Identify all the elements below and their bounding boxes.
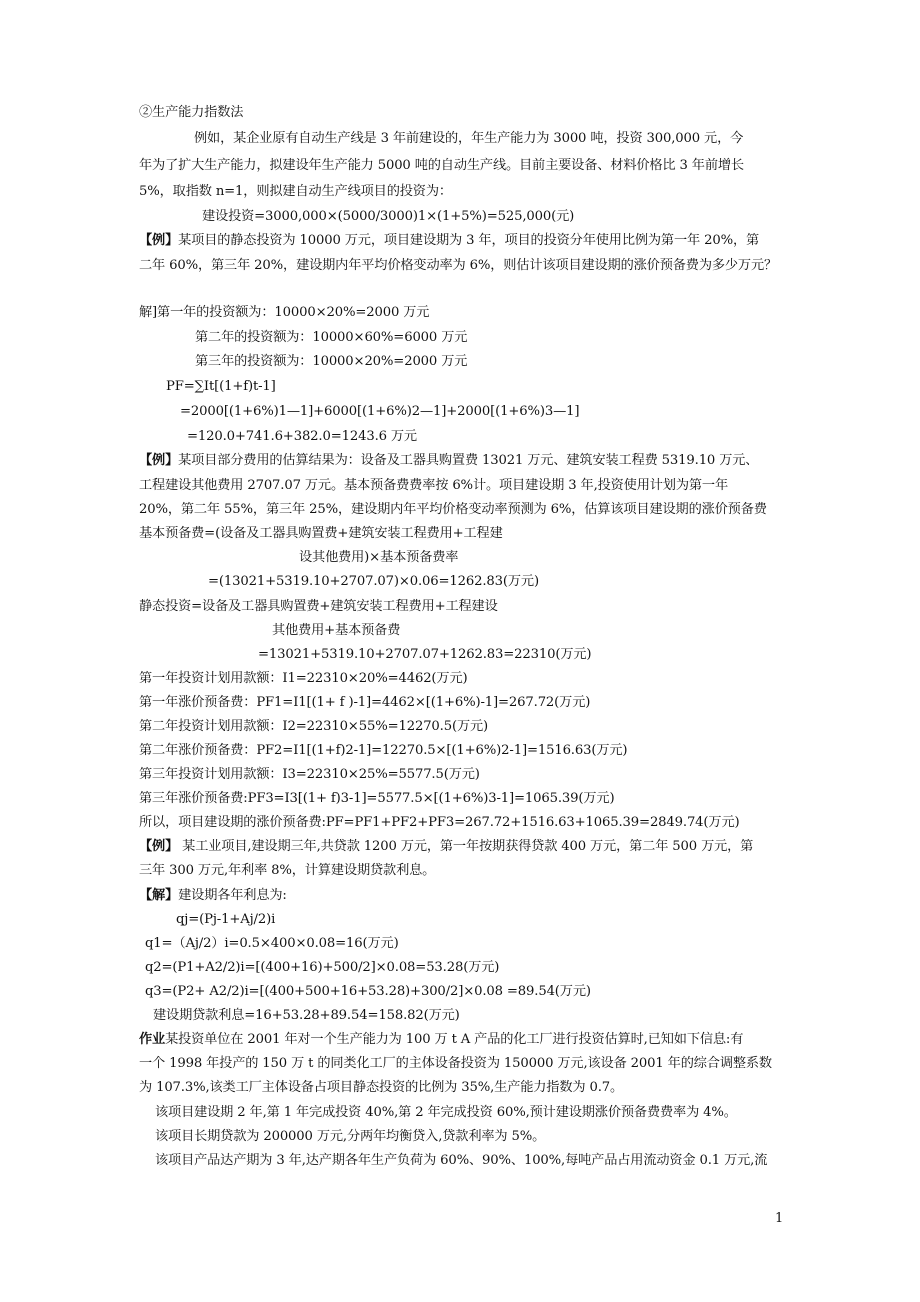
bold-label: 作业 bbox=[139, 1032, 165, 1047]
line-text: =13021+5319.10+2707.07+1262.83=22310(万元) bbox=[258, 647, 591, 662]
text-line: 工程建设其他费用 2707.07 万元。基本预备费费率按 6%计。项目建设期 3… bbox=[139, 477, 728, 495]
line-text: 第一年投资计划用款额：I1=22310×20%=4462(万元) bbox=[139, 671, 468, 686]
text-line: =13021+5319.10+2707.07+1262.83=22310(万元) bbox=[258, 646, 591, 664]
line-text: 为 107.3%,该类工厂主体设备占项目静态投资的比例为 35%,生产能力指数为… bbox=[139, 1080, 623, 1095]
line-text: 第三年的投资额为：10000×20%=2000 万元 bbox=[195, 354, 467, 369]
line-text: 年为了扩大生产能力，拟建设年生产能力 5000 吨的自动生产线。目前主要设备、材… bbox=[139, 158, 744, 173]
bold-label: 【例】 bbox=[139, 233, 178, 248]
text-line: 【例】某项目的静态投资为 10000 万元，项目建设期为 3 年，项目的投资分年… bbox=[139, 232, 759, 250]
line-text: 第二年投资计划用款额：I2=22310×55%=12270.5(万元) bbox=[139, 719, 488, 734]
text-line: 例如，某企业原有自动生产线是 3 年前建设的，年生产能力为 3000 吨，投资 … bbox=[194, 130, 743, 148]
text-line: 解]第一年的投资额为：10000×20%=2000 万元 bbox=[139, 304, 429, 322]
text-line: 第三年涨价预备费:PF3=I3[(1+ f)3-1]=5577.5×[(1+6%… bbox=[139, 790, 614, 808]
text-line: 建设期贷款利息=16+53.28+89.54=158.82(万元) bbox=[153, 1007, 460, 1025]
text-line: 该项目长期贷款为 200000 万元,分两年均衡贷入,贷款利率为 5%。 bbox=[155, 1128, 545, 1146]
line-text: 工程建设其他费用 2707.07 万元。基本预备费费率按 6%计。项目建设期 3… bbox=[139, 478, 728, 493]
line-text: 设其他费用)×基本预备费率 bbox=[299, 550, 458, 565]
text-line: =120.0+741.6+382.0=1243.6 万元 bbox=[187, 428, 417, 446]
text-line: 【解】建设期各年利息为: bbox=[139, 887, 287, 905]
line-text: 第三年投资计划用款额：I3=22310×25%=5577.5(万元) bbox=[139, 767, 480, 782]
text-line: 第三年的投资额为：10000×20%=2000 万元 bbox=[195, 353, 467, 371]
text-line: 5%，取指数 n=1，则拟建自动生产线项目的投资为： bbox=[139, 183, 452, 201]
document-page: ②生产能力指数法例如，某企业原有自动生产线是 3 年前建设的，年生产能力为 30… bbox=[0, 0, 920, 1302]
line-text: 其他费用+基本预备费 bbox=[272, 623, 400, 638]
line-text: 第一年涨价预备费：PF1=I1[(1+ f )-1]=4462×[(1+6%)-… bbox=[139, 695, 590, 710]
line-text: 静态投资=设备及工器具购置费+建筑安装工程费用+工程建设 bbox=[139, 599, 498, 614]
text-line: 该项目产品达产期为 3 年,达产期各年生产负荷为 60%、90%、100%,每吨… bbox=[155, 1152, 767, 1170]
line-text: q2=(P1+A2/2)i=[(400+16)+500/2]×0.08=53.2… bbox=[145, 960, 499, 975]
line-text: 三年 300 万元,年利率 8%，计算建设期贷款利息。 bbox=[139, 863, 435, 878]
text-line: ②生产能力指数法 bbox=[139, 104, 243, 122]
text-line: 为 107.3%,该类工厂主体设备占项目静态投资的比例为 35%,生产能力指数为… bbox=[139, 1079, 623, 1097]
text-line: 第一年投资计划用款额：I1=22310×20%=4462(万元) bbox=[139, 670, 468, 688]
line-text: 解]第一年的投资额为：10000×20%=2000 万元 bbox=[139, 305, 429, 320]
line-text: 基本预备费=(设备及工器具购置费+建筑安装工程费用+工程建 bbox=[139, 526, 503, 541]
line-text: 某项目的静态投资为 10000 万元，项目建设期为 3 年，项目的投资分年使用比… bbox=[178, 233, 759, 248]
line-text: q1=（Aj/2）i=0.5×400×0.08=16(万元) bbox=[145, 936, 399, 951]
line-text: 20%，第二年 55%，第三年 25%，建设期内年平均价格变动率预测为 6%，估… bbox=[139, 502, 767, 517]
text-line: =2000[(1+6%)1—1]+6000[(1+6%)2—1]+2000[(1… bbox=[180, 403, 579, 421]
text-line: 年为了扩大生产能力，拟建设年生产能力 5000 吨的自动生产线。目前主要设备、材… bbox=[139, 157, 744, 175]
line-text: 5%，取指数 n=1，则拟建自动生产线项目的投资为： bbox=[139, 184, 452, 199]
text-line: q2=(P1+A2/2)i=[(400+16)+500/2]×0.08=53.2… bbox=[145, 959, 499, 977]
bold-label: 【例】 bbox=[139, 839, 178, 854]
text-line: =(13021+5319.10+2707.07)×0.06=1262.83(万元… bbox=[208, 573, 539, 591]
text-line: 基本预备费=(设备及工器具购置费+建筑安装工程费用+工程建 bbox=[139, 525, 503, 543]
line-text: 第三年涨价预备费:PF3=I3[(1+ f)3-1]=5577.5×[(1+6%… bbox=[139, 791, 614, 806]
text-line: 该项目建设期 2 年,第 1 年完成投资 40%,第 2 年完成投资 60%,预… bbox=[155, 1104, 737, 1122]
bold-label: 【解】 bbox=[139, 888, 178, 903]
text-line: 设其他费用)×基本预备费率 bbox=[299, 549, 458, 567]
text-line: q1=（Aj/2）i=0.5×400×0.08=16(万元) bbox=[145, 935, 399, 953]
text-line: 20%，第二年 55%，第三年 25%，建设期内年平均价格变动率预测为 6%，估… bbox=[139, 501, 767, 519]
line-text: 例如，某企业原有自动生产线是 3 年前建设的，年生产能力为 3000 吨，投资 … bbox=[194, 131, 743, 146]
line-text: 所以，项目建设期的涨价预备费:PF=PF1+PF2+PF3=267.72+151… bbox=[139, 815, 740, 830]
text-line: 第二年投资计划用款额：I2=22310×55%=12270.5(万元) bbox=[139, 718, 488, 736]
text-line: 二年 60%，第三年 20%，建设期内年平均价格变动率为 6%，则估计该项目建设… bbox=[139, 257, 777, 275]
line-text: 某投资单位在 2001 年对一个生产能力为 100 万 t A 产品的化工厂进行… bbox=[165, 1032, 743, 1047]
text-line: 静态投资=设备及工器具购置费+建筑安装工程费用+工程建设 bbox=[139, 598, 498, 616]
line-text: qj=(Pj-1+Aj/2)i bbox=[176, 912, 275, 927]
text-line: 其他费用+基本预备费 bbox=[272, 622, 400, 640]
line-text: 第二年的投资额为：10000×60%=6000 万元 bbox=[195, 330, 467, 345]
line-text: 该项目产品达产期为 3 年,达产期各年生产负荷为 60%、90%、100%,每吨… bbox=[155, 1153, 767, 1168]
line-text: 一个 1998 年投产的 150 万 t 的同类化工厂的主体设备投资为 1500… bbox=[139, 1056, 772, 1071]
line-text: =120.0+741.6+382.0=1243.6 万元 bbox=[187, 429, 417, 444]
text-line: 第一年涨价预备费：PF1=I1[(1+ f )-1]=4462×[(1+6%)-… bbox=[139, 694, 590, 712]
text-line: 【例】 某工业项目,建设期三年,共贷款 1200 万元，第一年按期获得贷款 40… bbox=[139, 838, 753, 856]
text-line: 第二年涨价预备费：PF2=I1[(1+f)2-1]=12270.5×[(1+6%… bbox=[139, 742, 627, 760]
line-text: 建设期贷款利息=16+53.28+89.54=158.82(万元) bbox=[153, 1008, 460, 1023]
text-line: qj=(Pj-1+Aj/2)i bbox=[176, 911, 275, 929]
line-text: 建设投资=3000,000×(5000/3000)1×(1+5%)=525,00… bbox=[202, 209, 574, 224]
text-line: 所以，项目建设期的涨价预备费:PF=PF1+PF2+PF3=267.72+151… bbox=[139, 814, 740, 832]
text-line: 作业某投资单位在 2001 年对一个生产能力为 100 万 t A 产品的化工厂… bbox=[139, 1031, 743, 1049]
line-text: =(13021+5319.10+2707.07)×0.06=1262.83(万元… bbox=[208, 574, 539, 589]
line-text: =2000[(1+6%)1—1]+6000[(1+6%)2—1]+2000[(1… bbox=[180, 404, 579, 419]
line-text: 第二年涨价预备费：PF2=I1[(1+f)2-1]=12270.5×[(1+6%… bbox=[139, 743, 627, 758]
line-text: 二年 60%，第三年 20%，建设期内年平均价格变动率为 6%，则估计该项目建设… bbox=[139, 258, 777, 273]
text-line: PF=∑It[(1+f)t-1] bbox=[166, 378, 276, 396]
line-text: 某工业项目,建设期三年,共贷款 1200 万元，第一年按期获得贷款 400 万元… bbox=[178, 839, 753, 854]
page-number: 1 bbox=[775, 1211, 783, 1226]
text-line: 一个 1998 年投产的 150 万 t 的同类化工厂的主体设备投资为 1500… bbox=[139, 1055, 772, 1073]
line-text: q3=(P2+ A2/2)i=[(400+500+16+53.28)+300/2… bbox=[145, 984, 591, 999]
text-line: 第三年投资计划用款额：I3=22310×25%=5577.5(万元) bbox=[139, 766, 480, 784]
line-text: ②生产能力指数法 bbox=[139, 105, 243, 120]
line-text: 该项目建设期 2 年,第 1 年完成投资 40%,第 2 年完成投资 60%,预… bbox=[155, 1105, 737, 1120]
text-line: q3=(P2+ A2/2)i=[(400+500+16+53.28)+300/2… bbox=[145, 983, 591, 1001]
line-text: 该项目长期贷款为 200000 万元,分两年均衡贷入,贷款利率为 5%。 bbox=[155, 1129, 545, 1144]
line-text: 建设期各年利息为: bbox=[178, 888, 287, 903]
text-line: 三年 300 万元,年利率 8%，计算建设期贷款利息。 bbox=[139, 862, 435, 880]
line-text: PF=∑It[(1+f)t-1] bbox=[166, 379, 276, 394]
text-line: 建设投资=3000,000×(5000/3000)1×(1+5%)=525,00… bbox=[202, 208, 574, 226]
bold-label: 【例】 bbox=[139, 453, 178, 468]
line-text: 某项目部分费用的估算结果为：设备及工器具购置费 13021 万元、建筑安装工程费… bbox=[178, 453, 758, 468]
text-line: 【例】某项目部分费用的估算结果为：设备及工器具购置费 13021 万元、建筑安装… bbox=[139, 452, 758, 470]
text-line: 第二年的投资额为：10000×60%=6000 万元 bbox=[195, 329, 467, 347]
